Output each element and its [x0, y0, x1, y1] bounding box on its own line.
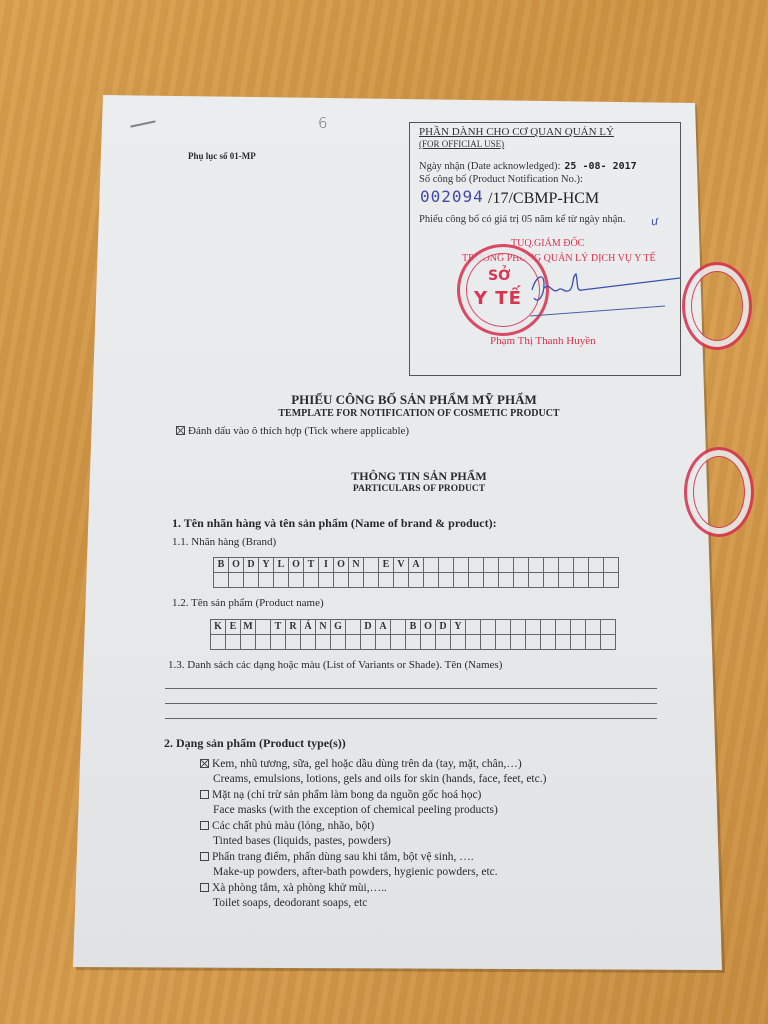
grid-cell[interactable] [229, 573, 244, 588]
grid-cell[interactable] [391, 620, 406, 635]
edge-seal-stamp-top [682, 262, 752, 350]
grid-cell[interactable] [289, 573, 304, 588]
stamp-text-yte: Y TẾ [474, 288, 522, 309]
grid-cell[interactable]: D [244, 558, 259, 573]
grid-cell[interactable]: B [406, 620, 421, 635]
grid-cell[interactable]: O [334, 558, 349, 573]
signature [530, 268, 680, 328]
grid-cell[interactable] [364, 558, 379, 573]
section2-title: 2. Dạng sản phẩm (Product type(s)) [164, 736, 346, 751]
grid-cell[interactable] [604, 573, 619, 588]
grid-cell[interactable] [334, 573, 349, 588]
grid-cell[interactable] [214, 573, 229, 588]
grid-cell[interactable] [439, 573, 454, 588]
variants-label: 1.3. Danh sách các dạng hoặc màu (List o… [168, 659, 502, 671]
grid-cell[interactable] [259, 573, 274, 588]
grid-cell[interactable]: N [349, 558, 364, 573]
grid-cell[interactable] [346, 620, 361, 635]
grid-cell[interactable] [301, 635, 316, 650]
grid-cell[interactable]: K [211, 620, 226, 635]
grid-cell[interactable] [484, 573, 499, 588]
checkbox-icon[interactable] [200, 821, 209, 830]
grid-cell[interactable] [574, 558, 589, 573]
grid-cell[interactable] [346, 635, 361, 650]
grid-cell[interactable]: I [319, 558, 334, 573]
grid-cell[interactable] [571, 635, 586, 650]
grid-cell[interactable] [421, 635, 436, 650]
option-label-en: Tinted bases (liquids, pastes, powders) [200, 834, 391, 849]
product-name-grid[interactable]: KEMTRÁNGDABODY [210, 619, 616, 650]
grid-cell[interactable]: G [331, 620, 346, 635]
grid-cell[interactable] [514, 558, 529, 573]
grid-cell[interactable] [286, 635, 301, 650]
grid-cell[interactable] [349, 573, 364, 588]
grid-cell[interactable]: R [286, 620, 301, 635]
option-label-en: Make-up powders, after-bath powders, hyg… [200, 865, 498, 880]
grid-cell[interactable] [244, 573, 259, 588]
grid-cell[interactable] [466, 635, 481, 650]
grid-cell[interactable] [544, 573, 559, 588]
option-label-en: Face masks (with the exception of chemic… [200, 803, 498, 818]
grid-cell[interactable] [454, 573, 469, 588]
product-type-option[interactable]: Kem, nhũ tương, sữa, gel hoặc dầu dùng t… [200, 757, 546, 787]
grid-cell[interactable]: D [361, 620, 376, 635]
product-type-option[interactable]: Mặt nạ (chỉ trừ sản phẩm làm bong da ngu… [200, 788, 498, 818]
grid-cell[interactable] [316, 635, 331, 650]
grid-cell[interactable]: A [409, 558, 424, 573]
grid-cell[interactable]: T [271, 620, 286, 635]
grid-cell[interactable] [454, 558, 469, 573]
variants-line-1[interactable] [165, 688, 657, 689]
product-type-option[interactable]: Phấn trang điểm, phấn dùng sau khi tắm, … [200, 850, 498, 880]
grid-cell[interactable]: B [214, 558, 229, 573]
grid-cell[interactable] [469, 558, 484, 573]
grid-cell[interactable] [559, 573, 574, 588]
grid-cell[interactable] [424, 558, 439, 573]
grid-cell[interactable] [226, 635, 241, 650]
grid-cell[interactable]: M [241, 620, 256, 635]
grid-cell[interactable]: L [274, 558, 289, 573]
grid-cell[interactable] [481, 635, 496, 650]
grid-cell[interactable] [496, 635, 511, 650]
checked-box-icon[interactable] [200, 759, 209, 768]
checkbox-icon[interactable] [200, 852, 209, 861]
option-label-vi: Mặt nạ (chỉ trừ sản phẩm làm bong da ngu… [212, 789, 481, 801]
grid-cell[interactable] [439, 558, 454, 573]
grid-cell[interactable] [406, 635, 421, 650]
grid-cell[interactable] [601, 635, 616, 650]
option-label-en: Creams, emulsions, lotions, gels and oil… [200, 772, 546, 787]
grid-cell[interactable] [556, 635, 571, 650]
grid-cell[interactable]: O [289, 558, 304, 573]
validity-note: Phiếu công bố có giá trị 05 năm kể từ ng… [419, 214, 625, 225]
grid-cell[interactable] [571, 620, 586, 635]
grid-cell[interactable] [256, 635, 271, 650]
grid-cell[interactable] [469, 573, 484, 588]
option-label-en: Toilet soaps, deodorant soaps, etc [200, 896, 387, 911]
form-title: PHIẾU CÔNG BỐ SẢN PHẨM MỸ PHẨM [0, 392, 768, 408]
grid-cell[interactable]: V [394, 558, 409, 573]
grid-cell[interactable] [529, 573, 544, 588]
grid-cell[interactable] [499, 573, 514, 588]
product-type-option[interactable]: Xà phòng tắm, xà phòng khử mùi,…..Toilet… [200, 881, 387, 911]
tick-note: Đánh dấu vào ô thích hợp (Tick where app… [176, 425, 409, 437]
grid-cell[interactable]: N [316, 620, 331, 635]
product-type-option[interactable]: Các chất phủ màu (lỏng, nhão, bột)Tinted… [200, 819, 391, 849]
grid-cell[interactable]: Y [259, 558, 274, 573]
grid-cell[interactable] [484, 558, 499, 573]
grid-cell[interactable] [451, 635, 466, 650]
brand-grid[interactable]: BODYLOTIONEVA [213, 557, 619, 588]
grid-cell[interactable] [376, 635, 391, 650]
section1-title: 1. Tên nhãn hàng và tên sản phẩm (Name o… [172, 516, 497, 531]
grid-cell[interactable] [391, 635, 406, 650]
date-label: Ngày nhận (Date acknowledged): [419, 161, 560, 172]
grid-cell[interactable]: E [379, 558, 394, 573]
grid-cell[interactable] [271, 635, 286, 650]
variants-line-2[interactable] [165, 703, 657, 704]
grid-cell[interactable] [511, 620, 526, 635]
grid-cell[interactable] [379, 573, 394, 588]
grid-cell[interactable]: E [226, 620, 241, 635]
grid-cell[interactable] [499, 558, 514, 573]
grid-cell[interactable] [601, 620, 616, 635]
particulars-subtitle: PARTICULARS OF PRODUCT [0, 484, 768, 494]
grid-cell[interactable] [541, 620, 556, 635]
signer-name: Phạm Thị Thanh Huyền [490, 335, 596, 347]
variants-line-3[interactable] [165, 718, 657, 719]
grid-cell[interactable]: Á [301, 620, 316, 635]
option-label-vi: Các chất phủ màu (lỏng, nhão, bột) [212, 820, 374, 832]
grid-cell[interactable]: O [229, 558, 244, 573]
grid-cell[interactable] [556, 620, 571, 635]
date-acknowledged-row: Ngày nhận (Date acknowledged): 25 -08- 2… [419, 156, 637, 174]
grid-cell[interactable]: A [376, 620, 391, 635]
product-name-label: 1.2. Tên sản phẩm (Product name) [172, 597, 324, 609]
grid-cell[interactable]: D [436, 620, 451, 635]
checked-box-icon [176, 426, 185, 435]
grid-cell[interactable] [589, 558, 604, 573]
grid-cell[interactable] [529, 558, 544, 573]
grid-cell[interactable] [304, 573, 319, 588]
page-number: 6 [318, 114, 328, 132]
form-subtitle: TEMPLATE FOR NOTIFICATION OF COSMETIC PR… [0, 408, 768, 419]
document-content: 6 Phụ lục số 01-MP PHẦN DÀNH CHO CƠ QUAN… [0, 0, 768, 1024]
grid-cell[interactable] [541, 635, 556, 650]
grid-cell[interactable] [394, 573, 409, 588]
grid-cell[interactable] [274, 573, 289, 588]
appendix-label: Phụ lục số 01-MP [188, 151, 256, 161]
particulars-title: THÔNG TIN SẢN PHẨM [0, 469, 768, 484]
grid-cell[interactable] [424, 573, 439, 588]
grid-cell[interactable] [466, 620, 481, 635]
grid-cell[interactable] [481, 620, 496, 635]
grid-cell[interactable] [526, 620, 541, 635]
grid-cell[interactable] [544, 558, 559, 573]
stamp-text-so: SỞ [488, 268, 510, 284]
grid-cell[interactable] [436, 635, 451, 650]
grid-cell[interactable] [211, 635, 226, 650]
official-use-subtitle: (FOR OFFICIAL USE) [419, 139, 504, 149]
tick-note-text: Đánh dấu vào ô thích hợp (Tick where app… [188, 425, 409, 437]
grid-cell[interactable]: O [421, 620, 436, 635]
grid-cell[interactable] [586, 635, 601, 650]
option-label-vi: Phấn trang điểm, phấn dùng sau khi tắm, … [212, 851, 474, 863]
grid-cell[interactable] [604, 558, 619, 573]
grid-cell[interactable] [409, 573, 424, 588]
grid-cell[interactable] [331, 635, 346, 650]
grid-cell[interactable] [526, 635, 541, 650]
pen-mark [130, 120, 156, 127]
notification-suffix: /17/CBMP-HCM [488, 190, 599, 208]
grid-cell[interactable] [511, 635, 526, 650]
checkbox-icon[interactable] [200, 883, 209, 892]
grid-cell[interactable]: Y [451, 620, 466, 635]
option-label-vi: Xà phòng tắm, xà phòng khử mùi,….. [212, 882, 387, 894]
grid-cell[interactable] [361, 635, 376, 650]
grid-cell[interactable] [514, 573, 529, 588]
grid-cell[interactable] [319, 573, 334, 588]
grid-cell[interactable] [589, 573, 604, 588]
grid-cell[interactable] [256, 620, 271, 635]
option-label-vi: Kem, nhũ tương, sữa, gel hoặc dầu dùng t… [212, 758, 522, 770]
grid-cell[interactable] [496, 620, 511, 635]
grid-cell[interactable] [241, 635, 256, 650]
date-value: 25 -08- 2017 [564, 161, 636, 172]
grid-cell[interactable] [586, 620, 601, 635]
grid-cell[interactable] [364, 573, 379, 588]
grid-cell[interactable] [559, 558, 574, 573]
notification-label: Số công bố (Product Notification No.): [419, 174, 583, 185]
brand-label: 1.1. Nhãn hàng (Brand) [172, 536, 276, 548]
notification-number: 002094 [420, 187, 484, 206]
checkbox-icon[interactable] [200, 790, 209, 799]
grid-cell[interactable]: T [304, 558, 319, 573]
grid-cell[interactable] [574, 573, 589, 588]
official-use-title: PHẦN DÀNH CHO CƠ QUAN QUẢN LÝ [419, 126, 614, 138]
